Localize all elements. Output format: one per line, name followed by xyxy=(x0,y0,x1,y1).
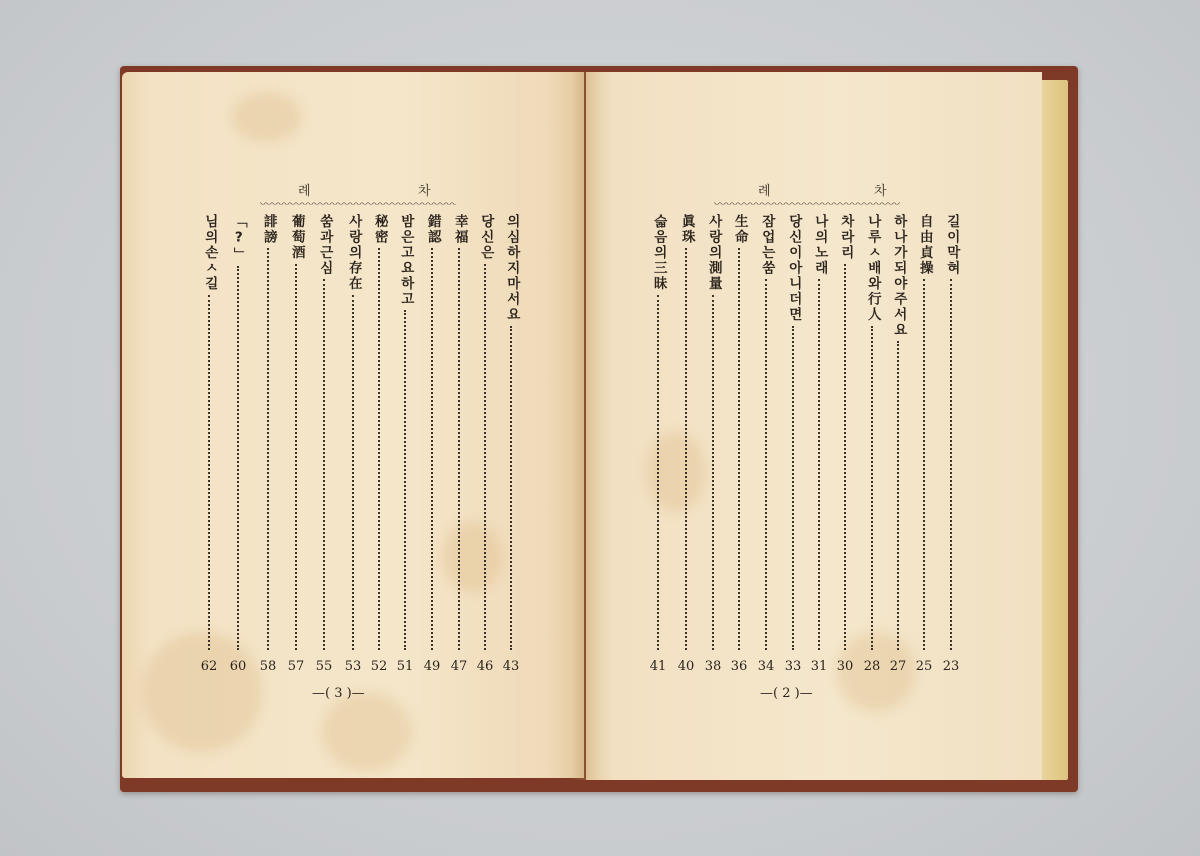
dot-leader xyxy=(765,279,767,650)
page-number: 34 xyxy=(758,659,775,674)
page-number: 41 xyxy=(650,659,667,674)
page-number: 62 xyxy=(201,659,218,674)
page-number: 55 xyxy=(316,659,333,674)
dot-leader xyxy=(712,295,714,651)
toc-entry[interactable]: 誹謗 58 xyxy=(257,214,279,654)
toc-heading-cha: 차 xyxy=(418,180,431,199)
page-number: 23 xyxy=(943,659,960,674)
toc-entry[interactable]: 쑴과근심 55 xyxy=(313,214,335,654)
page-number: 53 xyxy=(345,659,362,674)
dot-leader xyxy=(950,279,952,650)
dot-leader xyxy=(871,326,873,651)
dot-leader xyxy=(458,248,460,650)
toc-entry[interactable]: 사랑의測量 38 xyxy=(702,214,724,654)
dot-leader xyxy=(323,279,325,650)
right-page: 례 차 길이막혀 23 自由貞操 25 하나가되야주서요 27 나루ㅅ배와行人 … xyxy=(586,72,1042,780)
page-number: 52 xyxy=(371,659,388,674)
dot-leader xyxy=(237,266,239,650)
open-book: 례 차 의심하지마서요 43 당신은 46 幸福 47 錯認 49 밤은고요하고… xyxy=(0,0,1200,856)
dot-leader xyxy=(657,295,659,651)
toc-entry[interactable]: 秘密 52 xyxy=(368,214,390,654)
toc-heading-rye: 례 xyxy=(758,180,771,199)
page-number: 46 xyxy=(477,659,494,674)
dot-leader xyxy=(685,248,687,650)
toc-entry[interactable]: 잠업는쑴 34 xyxy=(755,214,777,654)
toc-entry[interactable]: 차라리 30 xyxy=(834,214,856,654)
page-number: 58 xyxy=(260,659,277,674)
page-number: 40 xyxy=(678,659,695,674)
page-number: 28 xyxy=(864,659,881,674)
page-number: 57 xyxy=(288,659,305,674)
book-gutter xyxy=(572,72,600,780)
toc-entry[interactable]: 당신은 46 xyxy=(474,214,496,654)
page-number: 43 xyxy=(503,659,520,674)
dot-leader xyxy=(923,279,925,650)
dot-leader xyxy=(378,248,380,650)
toc-entry[interactable]: 「?」 60 xyxy=(227,214,249,654)
toc-entry[interactable]: 自由貞操 25 xyxy=(913,214,935,654)
dot-leader xyxy=(352,295,354,651)
dot-leader xyxy=(267,248,269,650)
page-number: 36 xyxy=(731,659,748,674)
dot-leader xyxy=(431,248,433,650)
toc-entry[interactable]: 당신이아니더면 33 xyxy=(782,214,804,654)
toc-entry[interactable]: 나의노래 31 xyxy=(808,214,830,654)
page-folio: —( 3 )— xyxy=(312,686,365,701)
dot-leader xyxy=(738,248,740,650)
page-folio: —( 2 )— xyxy=(760,686,813,701)
page-number: 60 xyxy=(230,659,247,674)
dot-leader xyxy=(208,295,210,651)
dot-leader xyxy=(510,326,512,651)
page-number: 27 xyxy=(890,659,907,674)
left-page: 례 차 의심하지마서요 43 당신은 46 幸福 47 錯認 49 밤은고요하고… xyxy=(122,72,584,778)
dot-leader xyxy=(844,264,846,651)
toc-entry[interactable]: 밤은고요하고 51 xyxy=(394,214,416,654)
toc-entry[interactable]: 生命 36 xyxy=(728,214,750,654)
toc-entry[interactable]: 길이막혀 23 xyxy=(940,214,962,654)
page-number: 49 xyxy=(424,659,441,674)
toc-entry[interactable]: 나루ㅅ배와行人 28 xyxy=(861,214,883,654)
page-number: 38 xyxy=(705,659,722,674)
toc-entry[interactable]: 幸福 47 xyxy=(448,214,470,654)
page-number: 47 xyxy=(451,659,468,674)
dot-leader xyxy=(897,341,899,650)
toc-entry[interactable]: 葡萄酒 57 xyxy=(285,214,307,654)
page-number: 25 xyxy=(916,659,933,674)
toc-entry[interactable]: 님의손ㅅ길 62 xyxy=(198,214,220,654)
dot-leader xyxy=(792,326,794,651)
dot-leader xyxy=(404,310,406,650)
toc-heading-rye: 례 xyxy=(298,180,311,199)
toc-heading-cha: 차 xyxy=(874,180,887,199)
toc-entry[interactable]: 의심하지마서요 43 xyxy=(500,214,522,654)
toc-entry[interactable]: 사랑의存在 53 xyxy=(342,214,364,654)
page-number: 31 xyxy=(811,659,828,674)
dot-leader xyxy=(295,264,297,651)
dot-leader xyxy=(484,264,486,651)
page-number: 30 xyxy=(837,659,854,674)
toc-entry[interactable]: 眞珠 40 xyxy=(675,214,697,654)
toc-entry[interactable]: 슯음의三昧 41 xyxy=(647,214,669,654)
heading-wavy-rule xyxy=(260,202,456,208)
dot-leader xyxy=(818,279,820,650)
toc-entry[interactable]: 錯認 49 xyxy=(421,214,443,654)
page-number: 33 xyxy=(785,659,802,674)
page-number: 51 xyxy=(397,659,414,674)
heading-wavy-rule xyxy=(714,202,900,208)
toc-entry[interactable]: 하나가되야주서요 27 xyxy=(887,214,909,654)
